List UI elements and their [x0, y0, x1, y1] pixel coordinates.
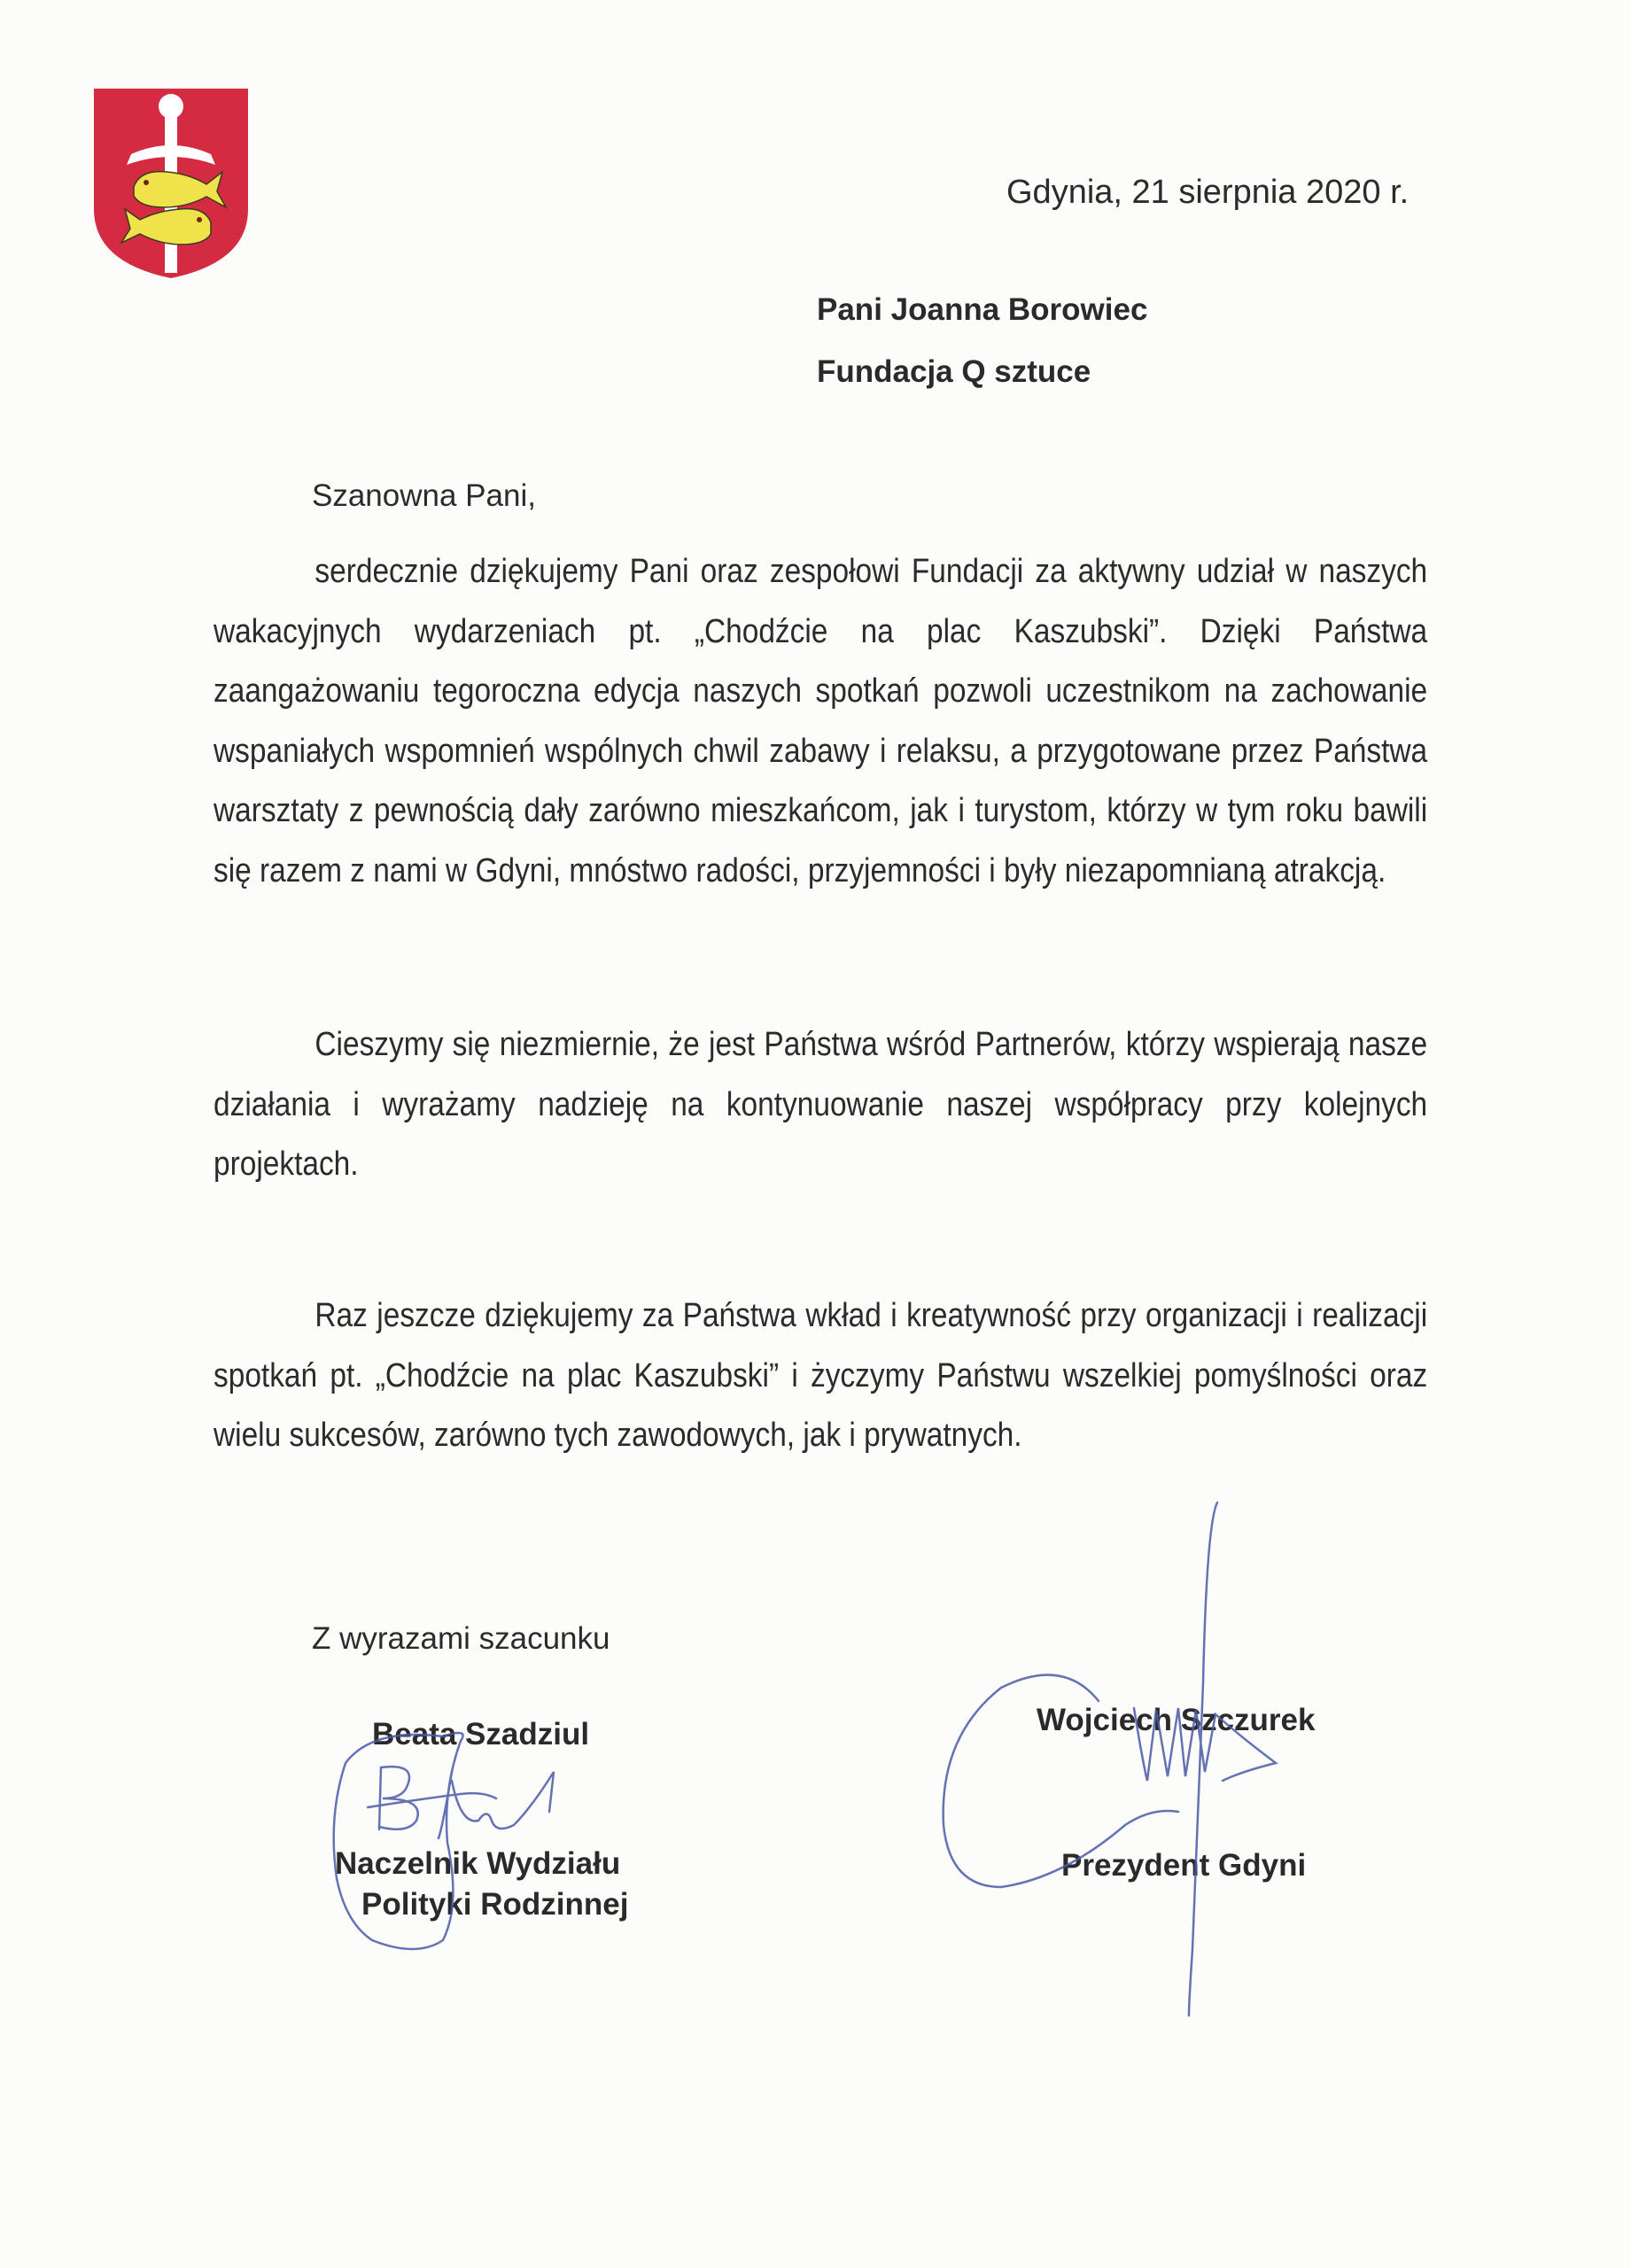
body-paragraph: Cieszymy się niezmiernie, że jest Państw…: [214, 1015, 1427, 1195]
signatory-title: Prezydent Gdyni: [1061, 1848, 1306, 1884]
signatory-name: Beata Szadziul: [372, 1717, 589, 1752]
gdynia-coat-of-arms-icon: [91, 85, 251, 280]
recipient-name: Pani Joanna Borowiec: [817, 292, 1147, 328]
letter-date: Gdynia, 21 sierpnia 2020 r.: [1006, 174, 1409, 212]
greeting: Szanowna Pani,: [312, 478, 536, 514]
recipient-organization: Fundacja Q sztuce: [817, 354, 1091, 390]
body-paragraph: Raz jeszcze dziękujemy za Państwa wkład …: [214, 1286, 1427, 1466]
body-paragraph: serdecznie dziękujemy Pani oraz zespołow…: [214, 542, 1427, 901]
closing-phrase: Z wyrazami szacunku: [312, 1621, 610, 1657]
signatory-title: Naczelnik Wydziału: [335, 1846, 620, 1882]
signatory-title: Polityki Rodzinnej: [361, 1887, 628, 1922]
signatory-name: Wojciech Szczurek: [1037, 1703, 1315, 1738]
